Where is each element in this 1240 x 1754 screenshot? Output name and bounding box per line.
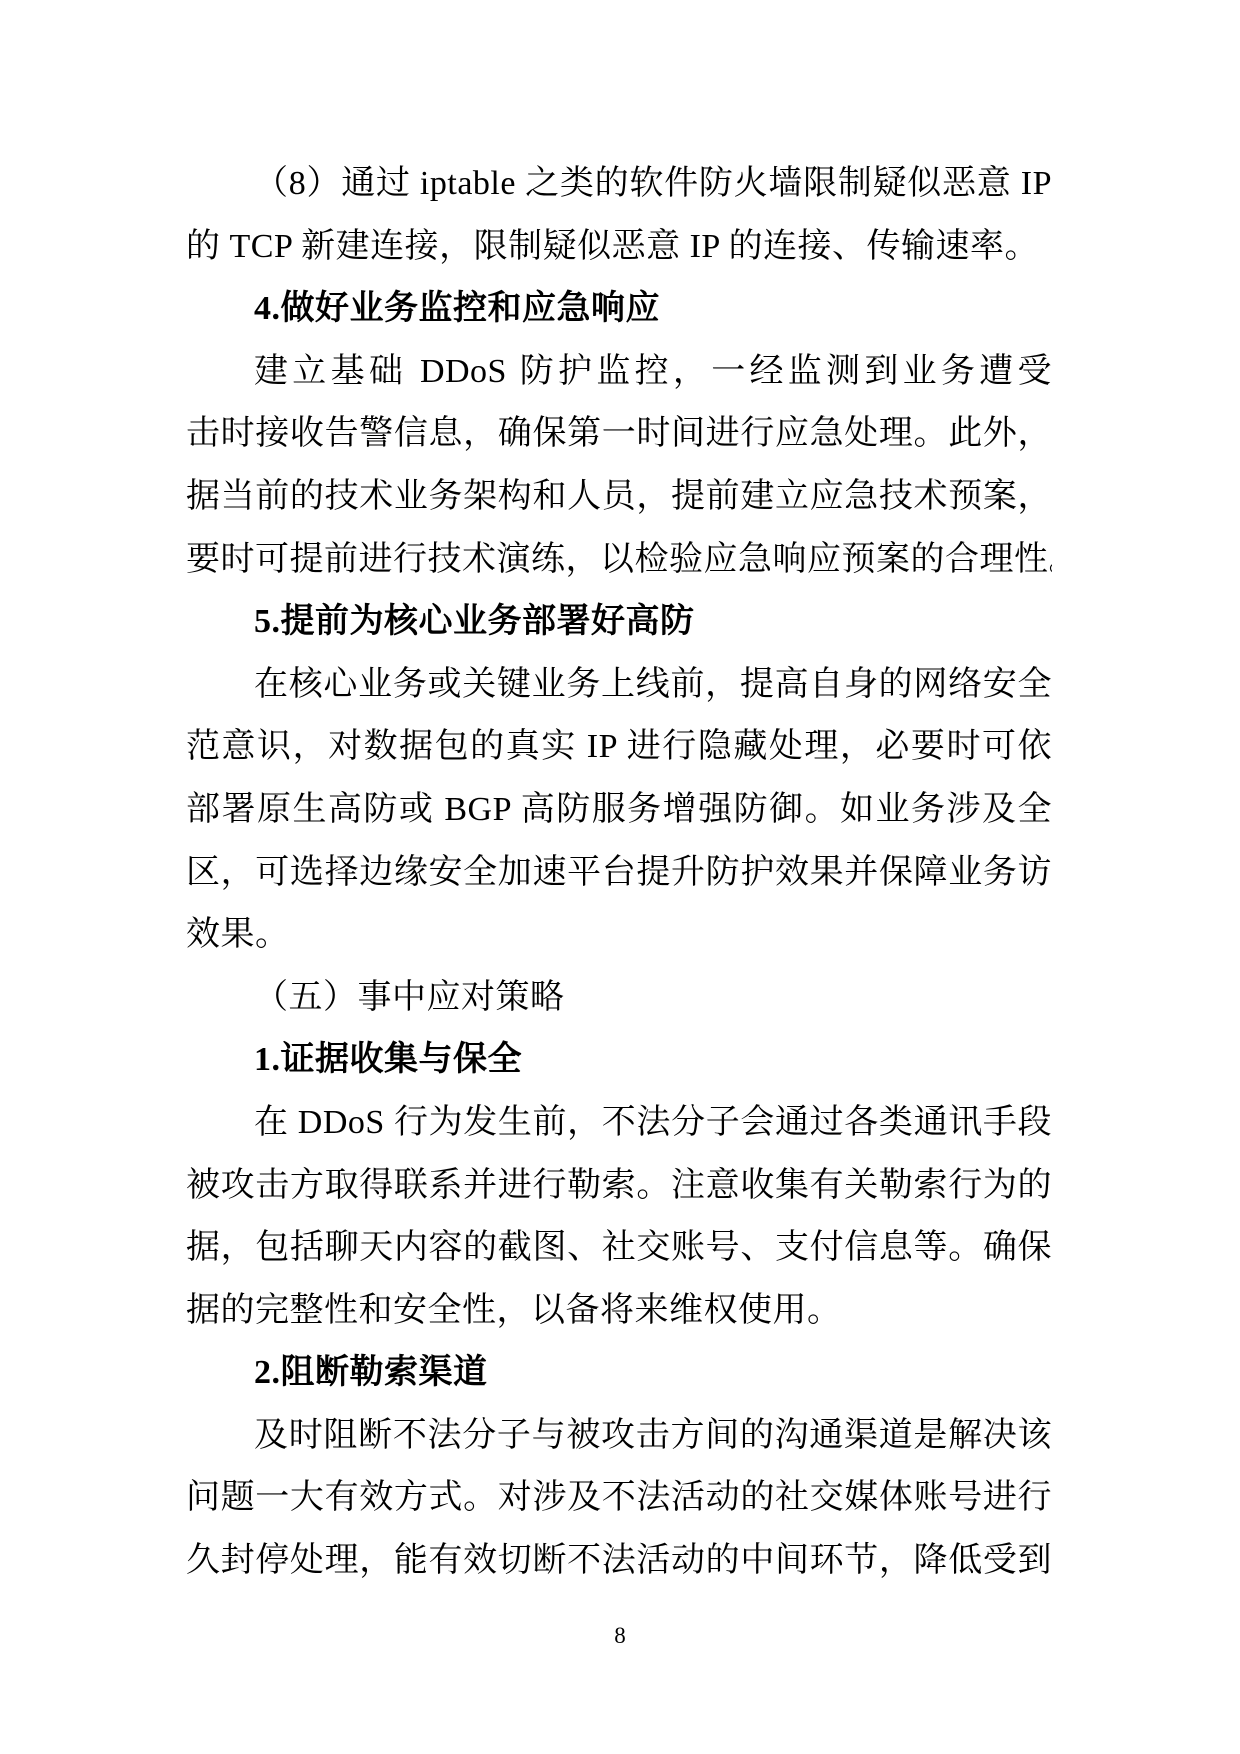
text-line: （五）事中应对策略 [186, 967, 1052, 1030]
text-line: 据，包括聊天内容的截图、社交账号、支付信息等。确保证 [186, 1217, 1052, 1280]
text-line: 在 DDoS 行为发生前，不法分子会通过各类通讯手段与 [186, 1092, 1052, 1155]
text-line: 久封停处理，能有效切断不法活动的中间环节，降低受到 [186, 1530, 1052, 1593]
heading-line: 4.做好业务监控和应急响应 [186, 278, 1052, 341]
text-line: （8）通过 iptable 之类的软件防火墙限制疑似恶意 IP [186, 153, 1052, 216]
text-line: 问题一大有效方式。对涉及不法活动的社交媒体账号进行永 [186, 1467, 1052, 1530]
page-number: 8 [0, 1624, 1240, 1648]
text-line: 被攻击方取得联系并进行勒索。注意收集有关勒索行为的证 [186, 1155, 1052, 1218]
document-body: （8）通过 iptable 之类的软件防火墙限制疑似恶意 IP的 TCP 新建连… [186, 153, 1052, 1593]
text-line: 在核心业务或关键业务上线前，提高自身的网络安全防 [186, 654, 1052, 717]
heading-line: 2.阻断勒索渠道 [186, 1342, 1052, 1405]
text-line: 据当前的技术业务架构和人员，提前建立应急技术预案，必 [186, 466, 1052, 529]
text-line: 击时接收告警信息，确保第一时间进行应急处理。此外，根 [186, 403, 1052, 466]
text-line: 的 TCP 新建连接，限制疑似恶意 IP 的连接、传输速率。 [186, 216, 1052, 279]
text-line: 要时可提前进行技术演练，以检验应急响应预案的合理性。 [186, 529, 1052, 592]
text-line: 效果。 [186, 904, 1052, 967]
text-line: 部署原生高防或 BGP 高防服务增强防御。如业务涉及全国地 [186, 779, 1052, 842]
text-line: 区，可选择边缘安全加速平台提升防护效果并保障业务访问 [186, 842, 1052, 905]
text-line: 建立基础 DDoS 防护监控，一经监测到业务遭受 DDoS 攻 [186, 341, 1052, 404]
heading-line: 1.证据收集与保全 [186, 1029, 1052, 1092]
text-line: 据的完整性和安全性，以备将来维权使用。 [186, 1280, 1052, 1343]
heading-line: 5.提前为核心业务部署好高防 [186, 591, 1052, 654]
document-page: （8）通过 iptable 之类的软件防火墙限制疑似恶意 IP的 TCP 新建连… [0, 0, 1240, 1754]
text-line: 及时阻断不法分子与被攻击方间的沟通渠道是解决该 [186, 1405, 1052, 1468]
text-line: 范意识，对数据包的真实 IP 进行隐藏处理，必要时可依需 [186, 716, 1052, 779]
